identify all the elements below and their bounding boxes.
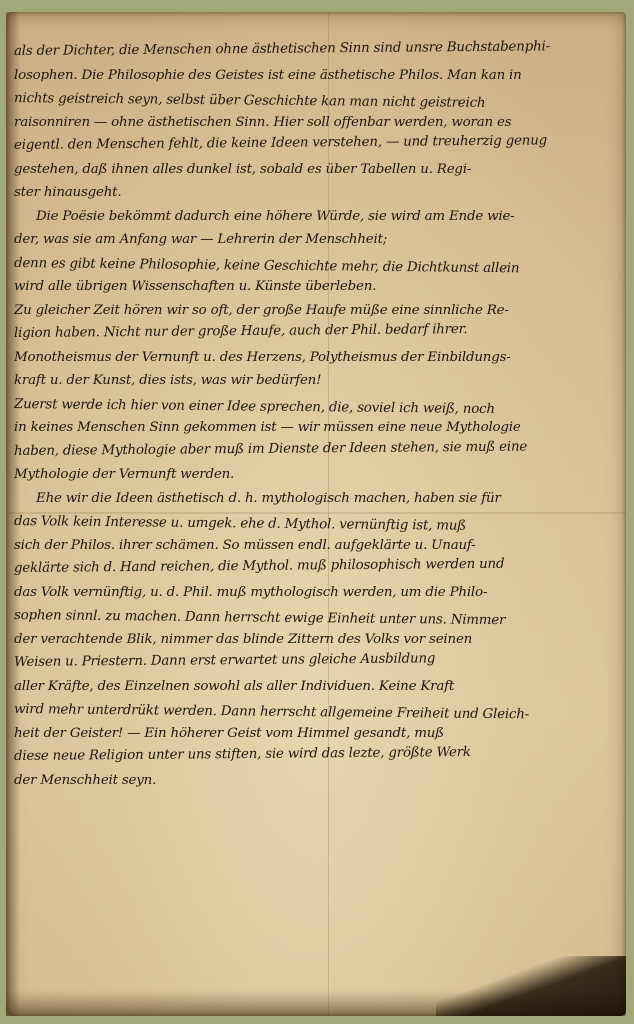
text-line: Mythologie der Vernunft werden.	[14, 463, 618, 487]
corner-stain	[436, 956, 626, 1016]
text-line: ster hinausgeht.	[14, 181, 618, 205]
text-line: haben, diese Mythologie aber muß im Dien…	[14, 434, 618, 463]
text-line: aller Kräfte, des Einzelnen sowohl als a…	[14, 675, 618, 699]
text-line: eigentl. den Menschen fehlt, die keine I…	[14, 129, 618, 158]
manuscript-page: als der Dichter, die Menschen ohne ästhe…	[6, 12, 626, 1016]
text-line: gestehen, daß ihnen alles dunkel ist, so…	[14, 158, 618, 182]
text-line: Die Poësie bekömmt dadurch eine höhere W…	[14, 205, 618, 229]
text-line: losophen. Die Philosophie des Geistes is…	[14, 64, 618, 88]
text-line: der Menschheit seyn.	[14, 769, 618, 793]
text-line: Ehe wir die Ideen ästhetisch d. h. mytho…	[14, 487, 618, 511]
text-line: diese neue Religion unter uns stiften, s…	[14, 740, 618, 769]
text-line: Monotheismus der Vernunft u. des Herzens…	[14, 346, 618, 370]
text-line: als der Dichter, die Menschen ohne ästhe…	[14, 35, 618, 64]
text-line: ligion haben. Nicht nur der große Haufe,…	[14, 317, 618, 346]
handwritten-text: als der Dichter, die Menschen ohne ästhe…	[14, 40, 618, 792]
text-line: geklärte sich d. Hand reichen, die Mytho…	[14, 552, 618, 581]
text-line: kraft u. der Kunst, dies ists, was wir b…	[14, 369, 618, 393]
text-line: der, was sie am Anfang war — Lehrerin de…	[14, 228, 618, 252]
text-line: das Volk vernünftig, u. d. Phil. muß myt…	[14, 581, 618, 605]
text-line: Weisen u. Priestern. Dann erst erwartet …	[14, 646, 618, 675]
